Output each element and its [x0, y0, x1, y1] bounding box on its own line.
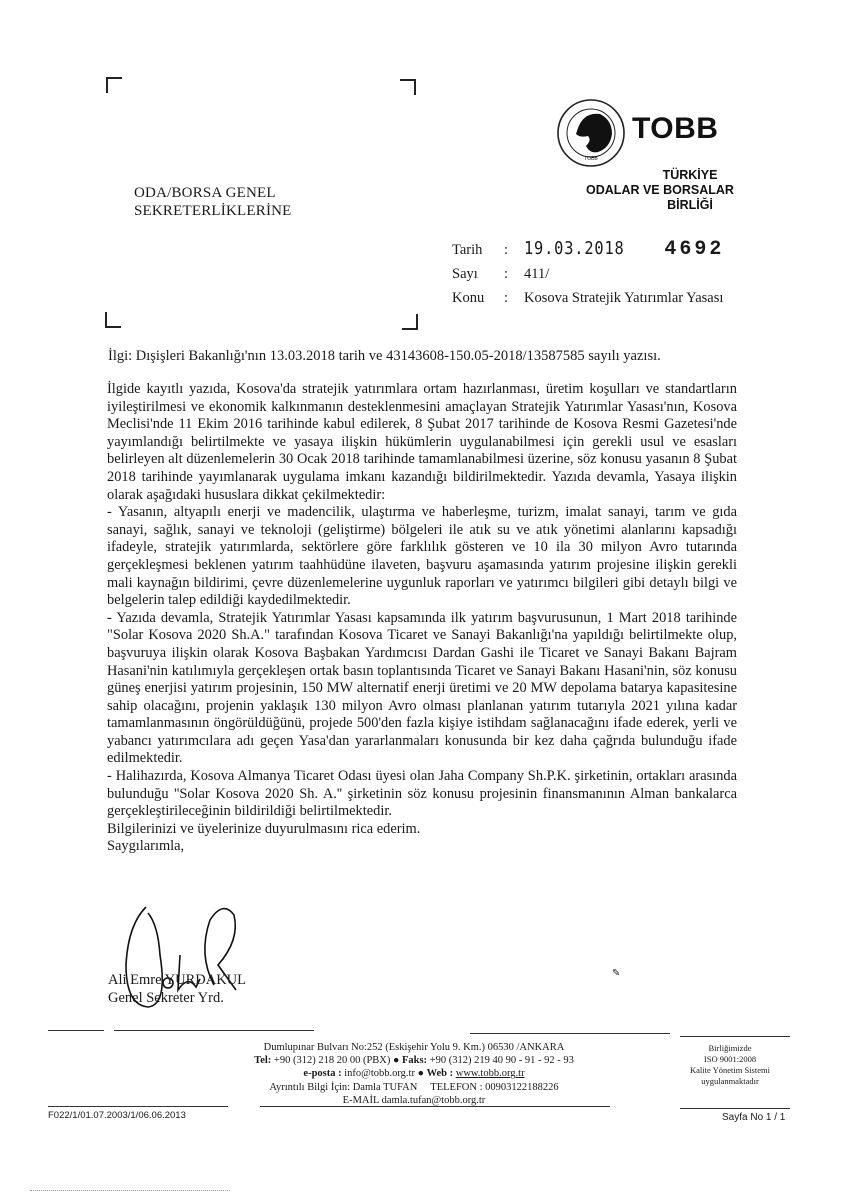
subject-row: Konu : Kosova Stratejik Yatırımlar Yasas… [452, 286, 724, 310]
footer-divider [470, 1033, 670, 1034]
svg-text:TOBB: TOBB [584, 156, 598, 162]
closing-request: Bilgilerinizi ve üyelerinize duyurulması… [107, 821, 737, 839]
footer-divider [114, 1030, 314, 1031]
footer-contact: Dumlupınar Bulvarı No:252 (Eskişehir Yol… [214, 1041, 614, 1107]
body-paragraph: - Halihazırda, Kosova Almanya Ticaret Od… [107, 768, 737, 821]
footer-email-link[interactable]: info@tobb.org.tr [344, 1068, 415, 1079]
footer-phone-fax: Tel: +90 (312) 218 20 00 (PBX) ● Faks: +… [214, 1054, 614, 1067]
address-window-corner-bottom-right [402, 314, 418, 330]
footer-contact-email: E-MAİL damla.tufan@tobb.org.tr [214, 1094, 614, 1107]
body-paragraph: - Yazıda devamla, Stratejik Yatırımlar Y… [107, 610, 737, 768]
address-window-corner-bottom-left [105, 312, 121, 328]
reference-line: İlgi: Dışişleri Bakanlığı'nın 13.03.2018… [108, 348, 661, 365]
signer-name: Ali Emre YURDAKUL [108, 972, 246, 990]
footer-contact-person: Ayrıntılı Bilgi İçin: Damla TUFAN TELEFO… [214, 1081, 614, 1094]
closing-regards: Saygılarımla, [107, 838, 737, 856]
addressee: ODA/BORSA GENEL SEKRETERLİKLERİNE [134, 184, 292, 220]
date-row: Tarih : 19.03.2018 4692 [452, 237, 724, 262]
footer-address: Dumlupınar Bulvarı No:252 (Eskişehir Yol… [214, 1041, 614, 1054]
letter-body: İlgide kayıtlı yazıda, Kosova'da stratej… [107, 381, 737, 856]
organization-name: TÜRKİYE ODALAR VE BORSALAR BİRLİĞİ [560, 168, 750, 213]
page-number: Sayfa No 1 / 1 [722, 1112, 785, 1123]
addressee-line-1: ODA/BORSA GENEL [134, 184, 292, 202]
footer-divider [680, 1108, 790, 1109]
number-row: Sayı : 411/ [452, 262, 724, 286]
date-stamp: 19.03.2018 [524, 237, 625, 261]
form-code: F022/1/01.07.2003/1/06.06.2013 [48, 1110, 186, 1121]
footer-divider [680, 1036, 790, 1037]
letter-meta: Tarih : 19.03.2018 4692 Sayı : 411/ Konu… [452, 237, 724, 310]
footer-divider [48, 1106, 228, 1107]
address-window-corner-top-left [106, 77, 122, 93]
footer-web-link[interactable]: www.tobb.org.tr [456, 1068, 525, 1079]
registry-number-stamp: 4692 [664, 238, 724, 262]
signer: Ali Emre YURDAKUL Genel Sekreter Yrd. [108, 972, 246, 1007]
tobb-seal-icon: TOBB [556, 98, 626, 168]
body-paragraph: İlgide kayıtlı yazıda, Kosova'da stratej… [107, 381, 737, 504]
tobb-logo-text: TOBB [632, 112, 718, 146]
iso-certification: Birliğimizde ISO 9001:2008 Kalite Yöneti… [680, 1043, 780, 1087]
footer-divider [48, 1030, 104, 1031]
body-paragraph: - Yasanın, altyapılı enerji ve madencili… [107, 504, 737, 610]
address-window-corner-top-right [400, 79, 416, 95]
signer-title: Genel Sekreter Yrd. [108, 990, 246, 1008]
footer-email-web: e-posta : info@tobb.org.tr ● Web : www.t… [214, 1067, 614, 1080]
scan-mark-icon: ✎ [612, 968, 620, 979]
addressee-line-2: SEKRETERLİKLERİNE [134, 202, 292, 220]
scan-artifact [30, 1190, 230, 1191]
